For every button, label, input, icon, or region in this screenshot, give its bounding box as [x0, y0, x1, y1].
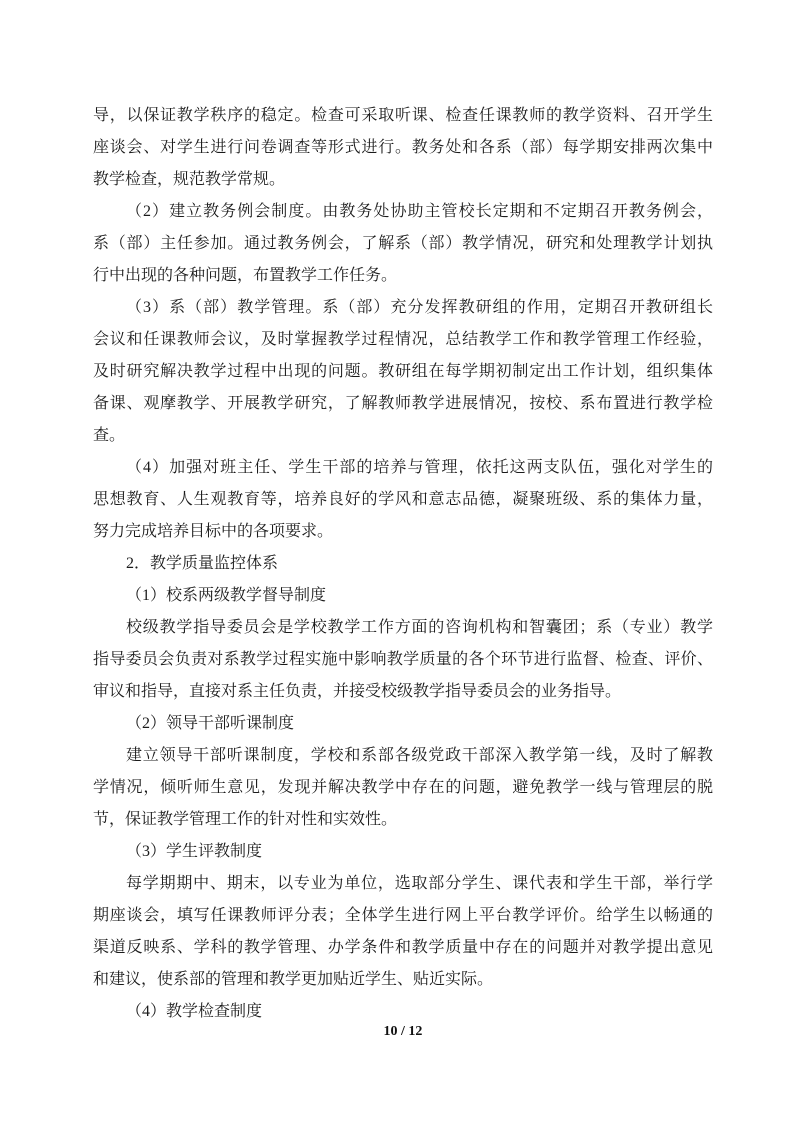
text-line: 学情况，倾听师生意见，发现并解决教学中存在的问题，避免教学一线与管理层的脱: [93, 772, 713, 804]
text-line: 座谈会、对学生进行问卷调查等形式进行。教务处和各系（部）每学期安排两次集中: [93, 132, 713, 164]
text-line: 思想教育、人生观教育等，培养良好的学风和意志品德，凝聚班级、系的集体力量，: [93, 484, 713, 516]
text-line: 节，保证教学管理工作的针对性和实效性。: [93, 804, 713, 836]
text-line: 行中出现的各种问题，布置教学工作任务。: [93, 260, 713, 292]
text-line: 指导委员会负责对系教学过程实施中影响教学质量的各个环节进行监督、检查、评价、: [93, 644, 713, 676]
text-line: 建立领导干部听课制度，学校和系部各级党政干部深入教学第一线，及时了解教: [93, 740, 713, 772]
text-line: 教学检查，规范教学常规。: [93, 164, 713, 196]
text-line: 及时研究解决教学过程中出现的问题。教研组在每学期初制定出工作计划，组织集体: [93, 356, 713, 388]
text-line: 校级教学指导委员会是学校教学工作方面的咨询机构和智囊团；系（专业）教学: [93, 612, 713, 644]
text-line: （3）学生评教制度: [93, 836, 713, 868]
text-line: 备课、观摩教学、开展教学研究，了解教师教学进展情况，按校、系布置进行教学检: [93, 388, 713, 420]
text-line: 会议和任课教师会议，及时掌握教学过程情况，总结教学工作和教学管理工作经验，: [93, 324, 713, 356]
text-line: 期座谈会，填写任课教师评分表；全体学生进行网上平台教学评价。给学生以畅通的: [93, 900, 713, 932]
text-line: 渠道反映系、学科的教学管理、办学条件和教学质量中存在的问题并对教学提出意见: [93, 932, 713, 964]
text-line: 2．教学质量监控体系: [93, 548, 713, 580]
page-number: 10 / 12: [93, 1022, 713, 1042]
text-line: 查。: [93, 420, 713, 452]
text-line: 努力完成培养目标中的各项要求。: [93, 516, 713, 548]
text-line: 每学期期中、期末，以专业为单位，选取部分学生、课代表和学生干部，举行学: [93, 868, 713, 900]
text-line: 导，以保证教学秩序的稳定。检查可采取听课、检查任课教师的教学资料、召开学生: [93, 100, 713, 132]
text-line: （1）校系两级教学督导制度: [93, 580, 713, 612]
text-line: （4）加强对班主任、学生干部的培养与管理，依托这两支队伍，强化对学生的: [93, 452, 713, 484]
text-line: （2）领导干部听课制度: [93, 708, 713, 740]
text-line: （3）系（部）教学管理。系（部）充分发挥教研组的作用，定期召开教研组长: [93, 292, 713, 324]
text-line: （2）建立教务例会制度。由教务处协助主管校长定期和不定期召开教务例会，: [93, 196, 713, 228]
document-body: 导，以保证教学秩序的稳定。检查可采取听课、检查任课教师的教学资料、召开学生座谈会…: [93, 100, 713, 1028]
document-page: 导，以保证教学秩序的稳定。检查可采取听课、检查任课教师的教学资料、召开学生座谈会…: [0, 0, 793, 1122]
text-line: 审议和指导，直接对系主任负责，并接受校级教学指导委员会的业务指导。: [93, 676, 713, 708]
text-line: 和建议，使系部的管理和教学更加贴近学生、贴近实际。: [93, 964, 713, 996]
text-line: 系（部）主任参加。通过教务例会，了解系（部）教学情况，研究和处理教学计划执: [93, 228, 713, 260]
